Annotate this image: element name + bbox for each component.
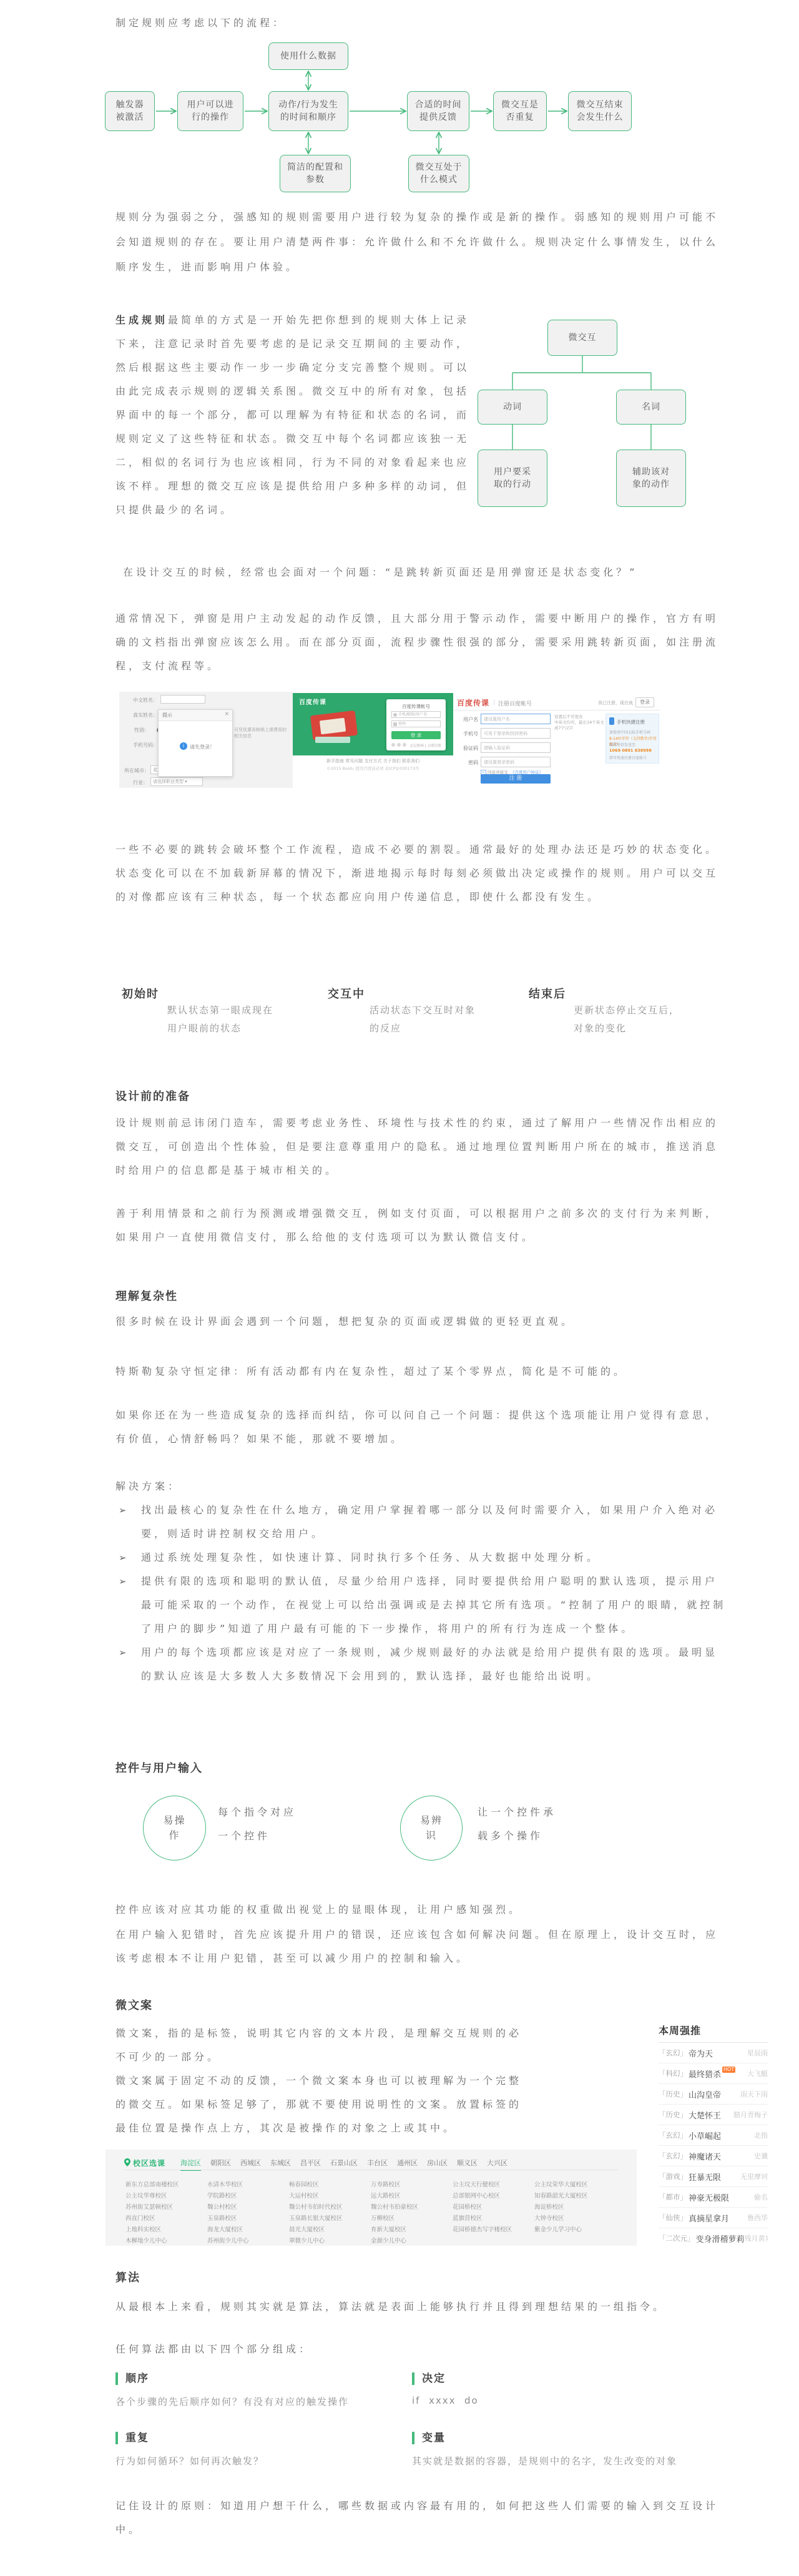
tab-district[interactable]: 通州区	[397, 2158, 418, 2171]
campus-link[interactable]: 海龙大厦校区	[207, 2225, 289, 2233]
tab-district[interactable]: 顺义区	[457, 2158, 478, 2171]
controls-paragraph-1: 控件应该对应其功能的权重做出视觉上的显眼体现，让用户感知强烈。	[115, 1898, 724, 1922]
campus-link[interactable]: 花园桥校区	[453, 2202, 534, 2211]
weekly-recommend-sidebar: 本周强推 「玄幻」帝为天星辰雨 「科幻」最终猎杀HOT大飞艇 「历史」山沟皇帝雨…	[659, 2023, 768, 2248]
dialog-message: 请先登录！	[190, 744, 215, 750]
campus-link[interactable]: 木樨地少儿中心	[125, 2236, 207, 2244]
flow-node-feedback: 合适的时间 提供反馈	[407, 91, 469, 131]
campus-panel-title: 校区选课	[133, 2158, 165, 2168]
paragraph-rules: 规则分为强弱之分，强感知的规则需要用户进行较为复杂的操作或是新的操作。弱感知的规…	[115, 205, 724, 280]
lock-icon	[393, 722, 397, 726]
state-during: 交互中 活动状态下交互时对象 的反应	[328, 985, 476, 1038]
flow-node-user-actions: 用户可以进 行的操作	[177, 91, 243, 131]
phone-placeholder: 可用于登录和找回密码	[484, 731, 527, 736]
campus-link[interactable]: 魏公村韦伯时代校区	[289, 2202, 371, 2211]
state-title: 结束后	[529, 985, 680, 1001]
algo-cell-title: 顺序	[115, 2372, 149, 2385]
book-category: 「仙侠」	[659, 2213, 687, 2223]
footer-links[interactable]: 新手指南 常见问题 支付方式 关于我们 联系我们	[293, 758, 453, 764]
list-item[interactable]: 「玄幻」帝为天星辰雨	[659, 2043, 768, 2063]
list-item[interactable]: 「玄幻」小草崛起北指	[659, 2125, 768, 2146]
campus-link[interactable]: 花园桥德杰写字楼校区	[453, 2225, 534, 2233]
paragraph-popup: 通常情况下，弹窗是用户主动发起的动作反馈，且大部分用于警示动作，需要中断用户的操…	[115, 607, 724, 678]
flow-node-timing: 动作/行为发生 的时间和顺序	[268, 91, 348, 131]
username-label: 用户名	[456, 716, 478, 723]
screenshot-login-page: 百度传课 百度传课帐号 手机/邮箱/用户名 密码 登 录 忘记密码 | 立即注册…	[293, 693, 453, 774]
industry-select[interactable]: 请选择职业类型 ▾	[150, 777, 203, 786]
generate-lead: 生成规则	[115, 314, 168, 326]
campus-link[interactable]: 大钟寺校区	[534, 2213, 616, 2222]
username-input[interactable]: 请设置用户名	[481, 714, 551, 724]
book-category: 「二次元」	[659, 2233, 695, 2243]
gift-box-illustration	[308, 709, 363, 744]
dialog-title: 提示	[162, 712, 172, 719]
tree-noun-child: 辅助该对 象的动作	[616, 450, 686, 507]
phone-input[interactable]: 可用于登录和找回密码	[481, 728, 551, 739]
campus-link[interactable]: 育新大厦校区	[371, 2225, 453, 2233]
password-placeholder: 密码	[398, 722, 406, 726]
prep-paragraph-2: 善于利用情景和之前行为预测或增强微交互，例如支付页面，可以根据用户之前多次的支付…	[115, 1202, 724, 1249]
campus-link[interactable]: 魏公村校区	[207, 2202, 289, 2211]
article-page: 制定规则应考虑以下的流程： 使用什么数据 触发器 被激活 用户可以进 行的操作	[0, 0, 799, 2576]
arrow-bullet-icon: ➢	[119, 1570, 141, 1641]
industry-label: 行业：	[133, 779, 148, 786]
tree-verb-child: 用户要采 取的行动	[478, 450, 547, 507]
book-title[interactable]: 山沟皇帝	[689, 2088, 721, 2100]
sidebar-title: 本周强推	[659, 2023, 768, 2043]
campus-link[interactable]: 水清木华校区	[207, 2180, 289, 2188]
username-placeholder: 请设置用户名	[484, 717, 510, 722]
algo-cell-title: 重复	[115, 2432, 149, 2444]
arrow-bullet-icon: ➢	[119, 1641, 141, 1688]
controls-paragraph-2: 在用户输入犯错时，首先应该提升用户的错误，还应该包含如何解决问题。但在原理上，设…	[115, 1923, 724, 1970]
campus-link[interactable]: 万柳校区	[371, 2213, 453, 2222]
username-placeholder: 手机/邮箱/用户名	[398, 712, 427, 717]
arrow-bullet-icon: ➢	[119, 1498, 141, 1546]
book-category: 「游戏」	[659, 2171, 687, 2181]
already-registered-text: 我已注册，现在就	[598, 700, 633, 706]
quick-register-panel: 手机快捷注册 请使用中国大陆手机号码 8-14位字符（支持数字/字母组合） 编辑…	[605, 714, 659, 764]
password-label: 密码	[456, 759, 478, 766]
solutions-list: ➢找出最核心的复杂性在什么地方，确定用户掌握着哪一部分以及何时需要介入，如果用户…	[119, 1498, 730, 1688]
book-author: 偷名	[754, 2192, 768, 2202]
brand-logo: 百度传课	[457, 697, 489, 708]
tab-district[interactable]: 房山区	[427, 2158, 448, 2171]
tab-district[interactable]: 东城区	[270, 2158, 291, 2171]
quick-register-line1: 请使用中国大陆手机号码	[609, 729, 650, 735]
complexity-paragraph-3: 如果你还在为一些造成复杂的选择而纠结，你可以问自己一个问题：提供这个选项能让用户…	[115, 1404, 724, 1451]
easy-operate-desc: 每个指令对应 一个控件	[218, 1801, 297, 1848]
list-item[interactable]: 「游戏」狂暴无限无里摩诃	[659, 2166, 768, 2187]
book-category: 「玄幻」	[659, 2048, 687, 2058]
section-heading-algorithm: 算法	[115, 2269, 140, 2285]
login-links[interactable]: 忘记密码 | 立即注册	[410, 743, 441, 748]
section-heading-prep: 设计前的准备	[115, 1088, 190, 1104]
bullet-text: 用户的每个选项都应该是对应了一条规则，减少规则最好的办法就是给用户提供有限的选项…	[141, 1641, 730, 1688]
campus-link[interactable]: 远大路校区	[371, 2191, 453, 2200]
state-desc: 活动状态下交互时对象 的反应	[370, 1001, 476, 1038]
prep-paragraph-1: 设计规则前忌讳闭门造车，需要考虑业务性、环境性与技术性的约束，通过了解用户一些情…	[115, 1111, 724, 1182]
campus-link[interactable]: 公主坟荣华大厦校区	[534, 2180, 616, 2188]
tab-district[interactable]: 昌平区	[300, 2158, 321, 2171]
tree-root: 微交互	[547, 320, 617, 356]
tab-district[interactable]: 海淀区	[180, 2158, 201, 2171]
district-tabs: 海淀区 朝阳区 西城区 东城区 昌平区 石景山区 丰台区 通州区 房山区 顺义区…	[180, 2158, 517, 2171]
state-initial: 初始时 默认状态第一眼成现在 用户眼前的状态	[122, 985, 273, 1038]
book-category: 「科幻」	[659, 2068, 687, 2078]
book-category: 「都市」	[659, 2192, 687, 2202]
dialog-titlebar: 提示 ×	[159, 710, 232, 721]
campus-link[interactable]: 万寿路校区	[371, 2180, 453, 2188]
login-button[interactable]: 登 录	[391, 731, 441, 739]
phone-icon	[609, 717, 614, 725]
third-party-icon[interactable]	[397, 743, 401, 747]
book-author: 无里摩诃	[740, 2171, 768, 2181]
campus-link[interactable]: 晨光大厦校区	[289, 2225, 371, 2233]
campus-link[interactable]: 学院路校区	[207, 2191, 289, 2200]
book-category: 「历史」	[659, 2110, 687, 2120]
flow-node-repeat: 微交互是 否重复	[493, 91, 547, 131]
quick-register-number: 1069 0891 838998	[609, 748, 652, 753]
generate-body: 最简单的方式是一开始先把你想到的规则大体上记录下来，注意记录时首先要考虑的是记录…	[115, 314, 469, 516]
third-party-icon[interactable]	[391, 743, 395, 747]
book-category: 「玄幻」	[659, 2130, 687, 2140]
algo-cell-desc: 行为如何循环？如何再次触发？	[115, 2454, 384, 2467]
footer-copyright: ©2015 Baidu 使用百度前必读 京ICP证030173号	[293, 765, 453, 771]
login-card-title: 百度传课帐号	[386, 703, 446, 710]
list-item: ➢找出最核心的复杂性在什么地方，确定用户掌握着哪一部分以及何时需要介入，如果用户…	[119, 1498, 730, 1546]
paragraph-generate: 生成规则最简单的方式是一开始先把你想到的规则大体上记录下来，注意记录时首先要考虑…	[115, 308, 474, 522]
book-author: 星辰雨	[747, 2048, 768, 2058]
third-party-icon[interactable]	[403, 743, 406, 747]
tab-district[interactable]: 丰台区	[367, 2158, 388, 2171]
password-input[interactable]: 请设置登录密码	[481, 757, 551, 767]
captcha-label: 验证码	[456, 745, 478, 752]
hot-badge: HOT	[722, 2067, 735, 2073]
solutions-label: 解决方案：	[115, 1475, 181, 1498]
easy-operate-circle: 易操 作	[143, 1796, 206, 1861]
campus-link[interactable]: 苏州街艾瑟顿校区	[125, 2202, 207, 2211]
algo-cell-title: 变量	[412, 2432, 446, 2444]
paragraph-jump: 一些不必要的跳转会破坏整个工作流程，造成不必要的割裂。通常最好的处理办法还是巧妙…	[115, 838, 724, 909]
list-item: ➢通过系统处理复杂性，如快速计算、同时执行多个任务、从大数据中处理分析。	[119, 1546, 730, 1570]
book-author: 雨天下雨	[740, 2089, 768, 2099]
campus-link[interactable]: 畅春园校区	[289, 2180, 371, 2188]
flow-node-data: 使用什么数据	[268, 42, 348, 70]
campus-link[interactable]: 知春路韶光大厦校区	[534, 2191, 616, 2200]
field-label-cn-name: 中文姓名：	[125, 697, 158, 704]
section-heading-controls: 控件与用户输入	[115, 1759, 203, 1776]
industry-select-value: 请选择职业类型	[153, 779, 184, 784]
tab-district[interactable]: 朝阳区	[210, 2158, 231, 2171]
list-item: ➢用户的每个选项都应该是对应了一条规则，减少规则最好的办法就是给用户提供有限的选…	[119, 1641, 730, 1688]
campus-link[interactable]: 金源少儿中心	[371, 2236, 453, 2244]
info-icon: i	[180, 742, 187, 750]
user-icon	[393, 713, 397, 717]
login-button[interactable]: 登录	[635, 697, 654, 707]
campus-divider	[124, 2170, 618, 2170]
campus-link[interactable]: 苏州街少儿中心	[207, 2236, 289, 2244]
paragraph-question: 在设计交互的时候，经常也会面对一个问题：“是跳转新页面还是用弹窗还是状态变化？”	[123, 561, 732, 584]
book-author: 大飞艇	[747, 2068, 768, 2078]
screenshot-register-page: 百度传课 | 注册百度帐号 我已注册，现在就 登录 用户名 请设置用户名 设置后…	[453, 695, 660, 784]
tab-district[interactable]: 西城区	[240, 2158, 261, 2171]
book-author: 北指	[754, 2130, 768, 2140]
password-field[interactable]: 密码	[391, 720, 441, 727]
book-title[interactable]: 小草崛起	[689, 2130, 721, 2141]
list-item[interactable]: 「历史」山沟皇帝雨天下雨	[659, 2084, 768, 2105]
book-author: 史谶	[754, 2151, 768, 2161]
list-item[interactable]: 「都市」神豪无极限偷名	[659, 2187, 768, 2208]
list-item: ➢提供有限的选项和聪明的默认值，尽量少给用户选择，同时要提供给用户聪明的默认选项…	[119, 1570, 730, 1641]
quick-register-line3: 编辑短信发送至	[609, 742, 635, 747]
book-author: 腊月青梅子	[733, 2110, 768, 2120]
flow-node-trigger: 触发器 被激活	[105, 91, 155, 131]
campus-link[interactable]: 公主坟天行健校区	[453, 2180, 534, 2188]
flow-node-mode: 微交互处于 什么模式	[408, 155, 469, 192]
microinteraction-tree-diagram: 微交互 动词 名词 用户要采 取的行动 辅助该对 象的动作	[478, 320, 687, 507]
gift-box-base	[315, 737, 350, 743]
state-desc: 更新状态停止交互后， 对象的变化	[574, 1001, 680, 1038]
logo-divider: |	[493, 699, 495, 705]
list-item[interactable]: 「玄幻」神魔诸天史谶	[659, 2146, 768, 2166]
book-title[interactable]: 最终猎杀	[689, 2068, 721, 2080]
complexity-paragraph-2: 特斯勒复杂守恒定律：所有活动都有内在复杂性，超过了某个零界点，简化是不可能的。	[115, 1360, 724, 1384]
campus-link[interactable]: 大运村校区	[289, 2191, 371, 2200]
state-title: 初始时	[122, 985, 273, 1001]
password-placeholder: 请设置登录密码	[484, 760, 514, 765]
algo-cell-title: 决定	[412, 2372, 446, 2385]
complexity-paragraph-1: 很多时候在设计界面会遇到一个问题，想把复杂的页面或逻辑做的更轻更直观。	[115, 1310, 724, 1334]
header-divider	[453, 710, 660, 710]
bullet-text: 提供有限的选项和聪明的默认值，尽量少给用户选择，同时要提供给用户聪明的默认选项，…	[141, 1570, 730, 1641]
page-subtitle: 注册百度帐号	[498, 699, 532, 707]
state-after: 结束后 更新状态停止交互后， 对象的变化	[529, 985, 680, 1038]
campus-link[interactable]: 翠微少儿中心	[289, 2236, 371, 2244]
intro-title: 制定规则应考虑以下的流程：	[115, 11, 286, 35]
algorithm-paragraph-1: 从最根本上来看，规则其实就是算法，算法就是表面上能够执行并且得到理想结果的一组指…	[115, 2295, 740, 2319]
book-title[interactable]: 神豪无极限	[689, 2191, 729, 2203]
campus-link[interactable]: 玉泉路长银大厦校区	[289, 2213, 371, 2222]
close-icon[interactable]: ×	[224, 711, 229, 717]
microcopy-paragraph-1: 微文案，指的是标签，说明其它内容的文本片段，是理解交互规则的必不可少的一部分。	[115, 2022, 531, 2069]
book-title[interactable]: 帝为天	[689, 2047, 713, 2059]
flow-node-end: 微交互结束 会发生什么	[568, 91, 632, 131]
bullet-text: 通过系统处理复杂性，如快速计算、同时执行多个任务、从大数据中处理分析。	[141, 1546, 600, 1570]
book-title[interactable]: 狂暴无限	[689, 2171, 721, 2183]
list-item[interactable]: 「历史」大楚怀王腊月青梅子	[659, 2105, 768, 2125]
screenshot-campus-select: 校区选课 海淀区 朝阳区 西城区 东城区 昌平区 石景山区 丰台区 通州区 房山…	[105, 2150, 637, 2246]
list-item[interactable]: 「科幻」最终猎杀HOT大飞艇	[659, 2063, 768, 2084]
closing-paragraph: 记住设计的原则：知道用户想干什么，哪些数据或内容最有用的，如何把这些人们需要的输…	[115, 2494, 740, 2542]
city-label: 所在城市：	[124, 767, 149, 774]
chevron-down-icon: ▾	[185, 779, 187, 784]
book-title[interactable]: 真摘星拿月	[689, 2212, 729, 2224]
rules-flowchart: 使用什么数据 触发器 被激活 用户可以进 行的操作 动作/行为发生 的时间和顺序…	[100, 36, 680, 199]
book-author: 鲁西华	[747, 2213, 768, 2223]
alert-dialog: 提示 × i 请先登录！	[158, 709, 233, 777]
location-pin-icon	[124, 2157, 130, 2169]
easy-identify-circle: 易辨 识	[400, 1796, 463, 1861]
algorithm-paragraph-2: 任何算法都由以下四个部分组成：	[115, 2338, 740, 2361]
arrow-bullet-icon: ➢	[119, 1546, 141, 1570]
screenshot-form-dialog: 中文姓名： 真实姓名： 性别： 男 女 可凭优惠券核销上课费用的相关信息 手机号…	[119, 692, 293, 788]
phone-label: 手机号	[456, 730, 478, 737]
login-hero-area: 百度传课 百度传课帐号 手机/邮箱/用户名 密码 登 录 忘记密码 | 立即注册	[293, 693, 453, 755]
field-label-phone: 手机号码：	[125, 742, 158, 749]
list-item[interactable]: 「二次元」变身滑稽萝莉残月黄泉	[659, 2228, 768, 2248]
book-title[interactable]: 变身滑稽萝莉	[696, 2233, 745, 2244]
captcha-input[interactable]: 请输入验证码	[481, 742, 551, 753]
coupon-note: 可凭优惠券核销上课费用的相关信息	[234, 727, 289, 739]
field-label-real-name: 真实姓名：	[125, 712, 158, 719]
campus-link[interactable]: 新东方总部南楼校区	[125, 2180, 207, 2188]
cn-name-input[interactable]	[160, 695, 205, 704]
quick-register-title: 手机快捷注册	[617, 719, 645, 725]
book-category: 「历史」	[659, 2089, 687, 2099]
algo-cell-desc: 各个步骤的先后顺序如何？有没有对应的触发操作	[115, 2395, 384, 2408]
section-heading-microcopy: 微文案	[115, 1997, 153, 2013]
campus-link[interactable]: 西直门校区	[125, 2213, 207, 2222]
campus-link[interactable]: 公主坟华尊校区	[125, 2191, 207, 2200]
tab-district[interactable]: 石景山区	[330, 2158, 358, 2171]
section-heading-complexity: 理解复杂性	[115, 1287, 178, 1304]
book-title[interactable]: 神魔诸天	[689, 2150, 721, 2162]
campus-link[interactable]: 海淀桥校区	[534, 2202, 616, 2211]
tree-noun: 名词	[616, 390, 686, 425]
flow-node-config: 简洁的配置和 参数	[280, 155, 351, 192]
captcha-placeholder: 请输入验证码	[484, 745, 510, 750]
easy-identify-desc: 让一个控件承 载多个操作	[478, 1801, 556, 1848]
login-card: 百度传课帐号 手机/邮箱/用户名 密码 登 录 忘记密码 | 立即注册	[386, 699, 446, 750]
username-field[interactable]: 手机/邮箱/用户名	[391, 711, 441, 718]
bullet-text: 找出最核心的复杂性在什么地方，确定用户掌握着哪一部分以及何时需要介入，如果用户介…	[141, 1498, 730, 1546]
state-title: 交互中	[328, 985, 476, 1001]
list-item[interactable]: 「仙侠」真摘星拿月鲁西华	[659, 2208, 768, 2228]
campus-link[interactable]: 紫金少儿学习中心	[534, 2225, 616, 2233]
campus-link[interactable]: 魏公村韦伯豪校区	[371, 2202, 453, 2211]
campus-link[interactable]: 上地科实校区	[125, 2225, 207, 2233]
quick-register-line5: 即可快速注册百度帐号	[609, 755, 647, 760]
microcopy-paragraph-2: 微文案属于固定不动的反馈，一个微文案本身也可以被理解为一个完整的微交互。如果标签…	[115, 2069, 531, 2140]
gender-label: 性别：	[134, 727, 149, 734]
book-title[interactable]: 大楚怀王	[689, 2109, 721, 2121]
tab-district[interactable]: 大兴区	[487, 2158, 507, 2171]
algo-cell-desc: if xxxx do	[412, 2395, 680, 2406]
brand-logo: 百度传课	[299, 697, 326, 706]
states-row: 初始时 默认状态第一眼成现在 用户眼前的状态 交互中 活动状态下交互时对象 的反…	[122, 985, 746, 1054]
campus-link[interactable]: 总部银网中心校区	[453, 2191, 534, 2200]
campus-link[interactable]: 玉泉路校区	[207, 2213, 289, 2222]
book-category: 「玄幻」	[659, 2151, 687, 2161]
book-author: 残月黄泉	[745, 2233, 768, 2243]
register-button[interactable]: 注 册	[481, 774, 551, 784]
tree-verb: 动词	[478, 390, 547, 425]
algo-cell-desc: 其实就是数据的容器，是规则中的名字，发生改变的对象	[412, 2454, 712, 2467]
username-hint: 设置后不可更改 中英文均可，最长14个英文或7个汉字	[554, 714, 604, 731]
state-desc: 默认状态第一眼成现在 用户眼前的状态	[167, 1001, 273, 1038]
campus-link[interactable]: 蓝旗营校区	[453, 2213, 534, 2222]
